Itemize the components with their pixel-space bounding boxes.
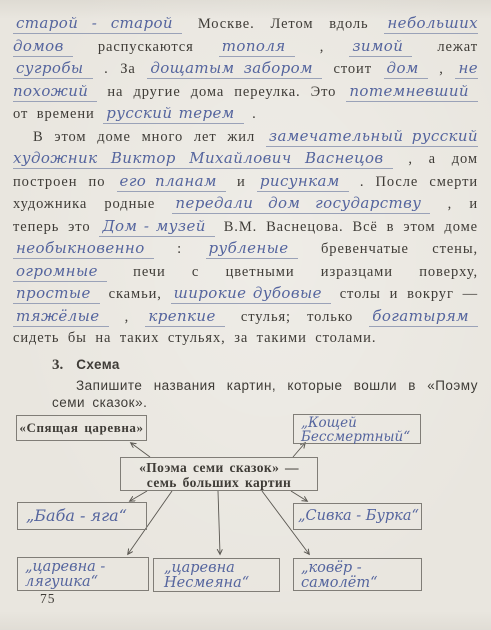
arrow-to-baba-yaga (130, 491, 147, 501)
arrow-to-sivka-burka (291, 491, 307, 501)
schema-diagram: «Спящая царевна» „Кощей Бессмертный“ «По… (0, 408, 491, 603)
arrow-to-sleeping-princess (131, 443, 150, 457)
handwritten-answer: рубленые (206, 239, 298, 259)
printed-text: распускаются (73, 39, 219, 55)
printed-text: . За (93, 61, 148, 77)
printed-text: скамьи, (100, 286, 171, 302)
passage-paragraph-2: В этом доме много лет жил замечательный … (13, 126, 478, 350)
handwritten-answer: его планам (117, 172, 226, 192)
handwritten-answer: дощатым забором (147, 59, 322, 79)
handwritten-answer: старой - старой (13, 14, 182, 34)
diagram-node-koschei: „Кощей Бессмертный“ (293, 414, 421, 444)
center-node-line2: семь больших картин (121, 475, 317, 490)
printed-text: от времени (13, 106, 103, 122)
handwritten-answer: простые (13, 284, 100, 304)
diagram-node-sleeping-princess: «Спящая царевна» (16, 415, 147, 441)
printed-text: сидеть бы на таких стульях, за такими ст… (13, 330, 376, 346)
printed-text: В.М. Васнецова. Всё в этом доме (215, 219, 478, 235)
handwritten-answer: потемневший (346, 82, 478, 102)
handwritten-answer: широкие дубовые (171, 284, 331, 304)
printed-text: : (154, 241, 206, 257)
diagram-node-nesmeyana: „царевна Несмеяна“ (153, 558, 280, 592)
center-node-line1: «Поэма семи сказок» — (121, 460, 317, 475)
printed-text: , (295, 39, 350, 55)
handwritten-answer: крепкие (145, 307, 224, 327)
printed-text: Москве. Летом вдоль (182, 16, 384, 32)
printed-text: бревенчатые стены, (298, 241, 478, 257)
diagram-node-frog-princess: „царевна - лягушка“ (17, 557, 149, 591)
handwritten-answer: огромные (13, 262, 107, 282)
handwritten-answer: передали дом государству (172, 194, 430, 214)
printed-text: столы и вокруг — (331, 286, 478, 302)
printed-text: . (244, 106, 257, 122)
fill-in-passage: старой - старой Москве. Летом вдоль небо… (13, 13, 478, 350)
printed-text: на другие дома переулка. Это (97, 84, 346, 100)
passage-paragraph-1: старой - старой Москве. Летом вдоль небо… (13, 13, 478, 126)
arrow-to-koschei (293, 443, 305, 457)
handwritten-answer: зимой (349, 37, 412, 57)
handwritten-answer: богатырям (369, 307, 478, 327)
handwritten-answer: рисункам (257, 172, 349, 192)
diagram-node-sivka-burka: „Сивка - Бурка“ (293, 503, 422, 530)
arrow-to-nesmeyana (218, 491, 220, 554)
diagram-node-center: «Поэма семи сказок» — семь больших карти… (120, 457, 318, 491)
handwritten-answer: сугробы (13, 59, 93, 79)
task-section: 3.Схема Запишите названия картин, которы… (52, 356, 478, 411)
task-number: 3. (52, 357, 63, 373)
workbook-page: старой - старой Москве. Летом вдоль небо… (0, 0, 491, 630)
task-title: Схема (76, 357, 120, 372)
printed-text: и (226, 174, 257, 190)
printed-text: печи с цветными изразцами поверху, (107, 264, 478, 280)
printed-text: В этом доме много лет жил (33, 129, 266, 145)
printed-text: стулья; только (225, 309, 370, 325)
task-instruction: Запишите названия картин, которые вошли … (52, 377, 478, 411)
handwritten-answer: дом (384, 59, 428, 79)
printed-text: , (109, 309, 146, 325)
diagram-node-baba-yaga: „Баба - яга“ (17, 502, 147, 530)
diagram-node-flying-carpet: „ковёр - самолёт“ (293, 558, 422, 591)
task-header: 3.Схема (52, 356, 478, 374)
printed-text: лежат (412, 39, 478, 55)
handwritten-answer: тяжёлые (13, 307, 109, 327)
printed-text: , (428, 61, 456, 77)
handwritten-answer: русский терем (103, 104, 243, 124)
printed-text: стоит (322, 61, 384, 77)
handwritten-answer: Дом - музей (99, 217, 214, 237)
handwritten-answer: тополя (219, 37, 295, 57)
handwritten-answer: необыкновенно (13, 239, 154, 259)
page-number: 75 (40, 591, 56, 607)
